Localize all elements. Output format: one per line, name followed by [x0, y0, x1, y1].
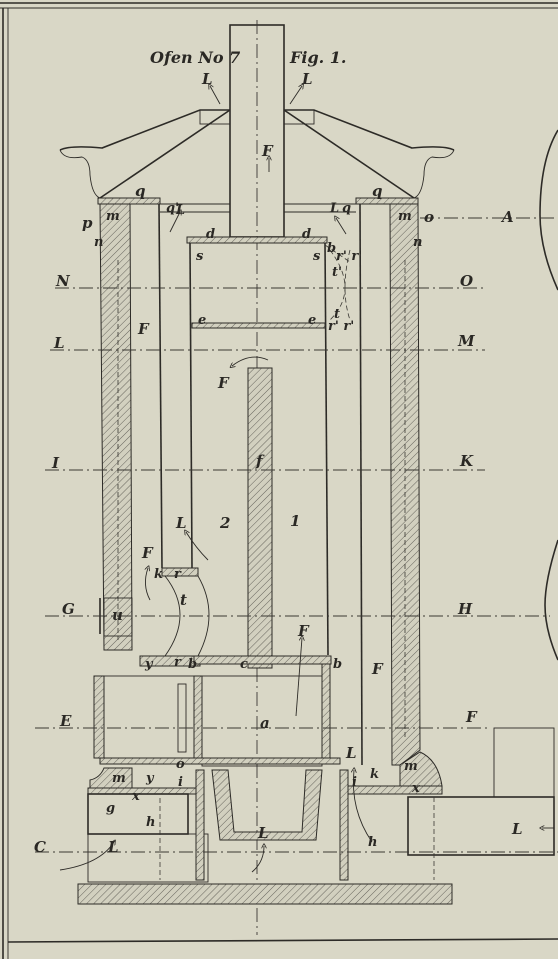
label-s-right: s	[313, 249, 321, 264]
label-o: o	[424, 208, 434, 226]
flow-fire-right: F	[371, 660, 384, 678]
label-m-top-right: m	[398, 209, 412, 224]
section-label-g: G	[62, 600, 75, 618]
label-q-left: q	[135, 182, 146, 200]
flow-fire-center: F	[217, 374, 230, 392]
label-r-top: r' r'	[336, 249, 362, 264]
section-label-h: H	[457, 600, 473, 618]
flow-air-q: L	[175, 203, 185, 218]
label-e-left: e	[198, 313, 206, 328]
label-r-left: r	[174, 567, 182, 582]
label-q-right: q	[372, 182, 383, 200]
flow-air-top-right: L	[301, 70, 313, 88]
label-c: c	[240, 657, 248, 672]
flow-air-grate: L	[257, 824, 269, 842]
furnace-drawing: Ofen No 7 Fig. 1. A N O L M I K G H E F …	[0, 0, 558, 959]
section-label-m: M	[457, 332, 475, 350]
label-n-left: n	[94, 235, 103, 250]
firebox	[94, 656, 340, 840]
label-a: a	[260, 714, 270, 732]
label-g: g	[106, 801, 115, 816]
label-d-left: d	[206, 227, 215, 242]
label-r-mid: r' r'	[328, 319, 354, 334]
label-b-top: b	[327, 241, 336, 256]
label-d-right: d	[302, 227, 311, 242]
flow-fire-chimney: F	[261, 142, 274, 160]
flow-fire-a: F	[297, 622, 310, 640]
side-view-fragments	[540, 130, 558, 660]
label-k-left: k	[154, 567, 163, 582]
label-i-left: i	[178, 775, 183, 790]
label-k-right: k	[370, 767, 379, 782]
flow-air-bottom-left: L	[107, 838, 119, 856]
section-label-i: I	[51, 454, 60, 472]
section-label-f: F	[465, 708, 478, 726]
flow-fire-k: F	[141, 544, 154, 562]
flow-air-right-duct: L	[511, 820, 523, 838]
section-label-c: C	[34, 838, 46, 856]
label-x-right: x	[411, 781, 420, 796]
label-y-top: y	[144, 657, 154, 672]
label-s-left: s	[196, 249, 204, 264]
label-t-top: t'	[332, 265, 342, 280]
label-i-right: i	[352, 775, 357, 790]
flow-air-right-i: L	[345, 744, 357, 762]
label-o-low: o	[176, 757, 185, 772]
section-label-n: N	[55, 272, 71, 290]
label-m-low-left: m	[112, 771, 126, 786]
label-x-left: x	[131, 789, 140, 804]
drawing-title: Ofen No 7	[150, 48, 240, 67]
label-t: t	[180, 591, 187, 609]
section-label-l: L	[53, 334, 65, 352]
section-label-a: A	[500, 208, 514, 226]
label-m-low-right: m	[404, 759, 418, 774]
label-q1-right: q	[342, 201, 351, 216]
label-h-left: h	[146, 815, 155, 830]
label-p: p	[82, 214, 93, 232]
figure-number: Fig. 1.	[289, 48, 346, 67]
label-u: u	[112, 606, 123, 624]
label-e-right: e	[308, 313, 316, 328]
label-y-low: y	[145, 771, 155, 786]
label-b-low: b	[188, 657, 197, 672]
inner-chamber	[187, 237, 350, 668]
label-h-right: h	[368, 835, 377, 850]
flow-air-top-left: L	[201, 70, 213, 88]
flow-air-2: L	[175, 514, 187, 532]
section-label-k: K	[459, 452, 474, 470]
flow-air-q-right: L	[329, 201, 339, 216]
section-label-e: E	[59, 712, 72, 730]
label-m-top-left: m	[106, 209, 120, 224]
label-chamber-1: 1	[290, 512, 300, 530]
label-b-right: b	[333, 657, 342, 672]
label-r-low: r	[174, 655, 182, 670]
label-chamber-2: 2	[219, 514, 230, 532]
label-n-right: n	[413, 235, 422, 250]
section-label-o: O	[460, 272, 473, 290]
flow-fire-down-left: F	[137, 320, 150, 338]
